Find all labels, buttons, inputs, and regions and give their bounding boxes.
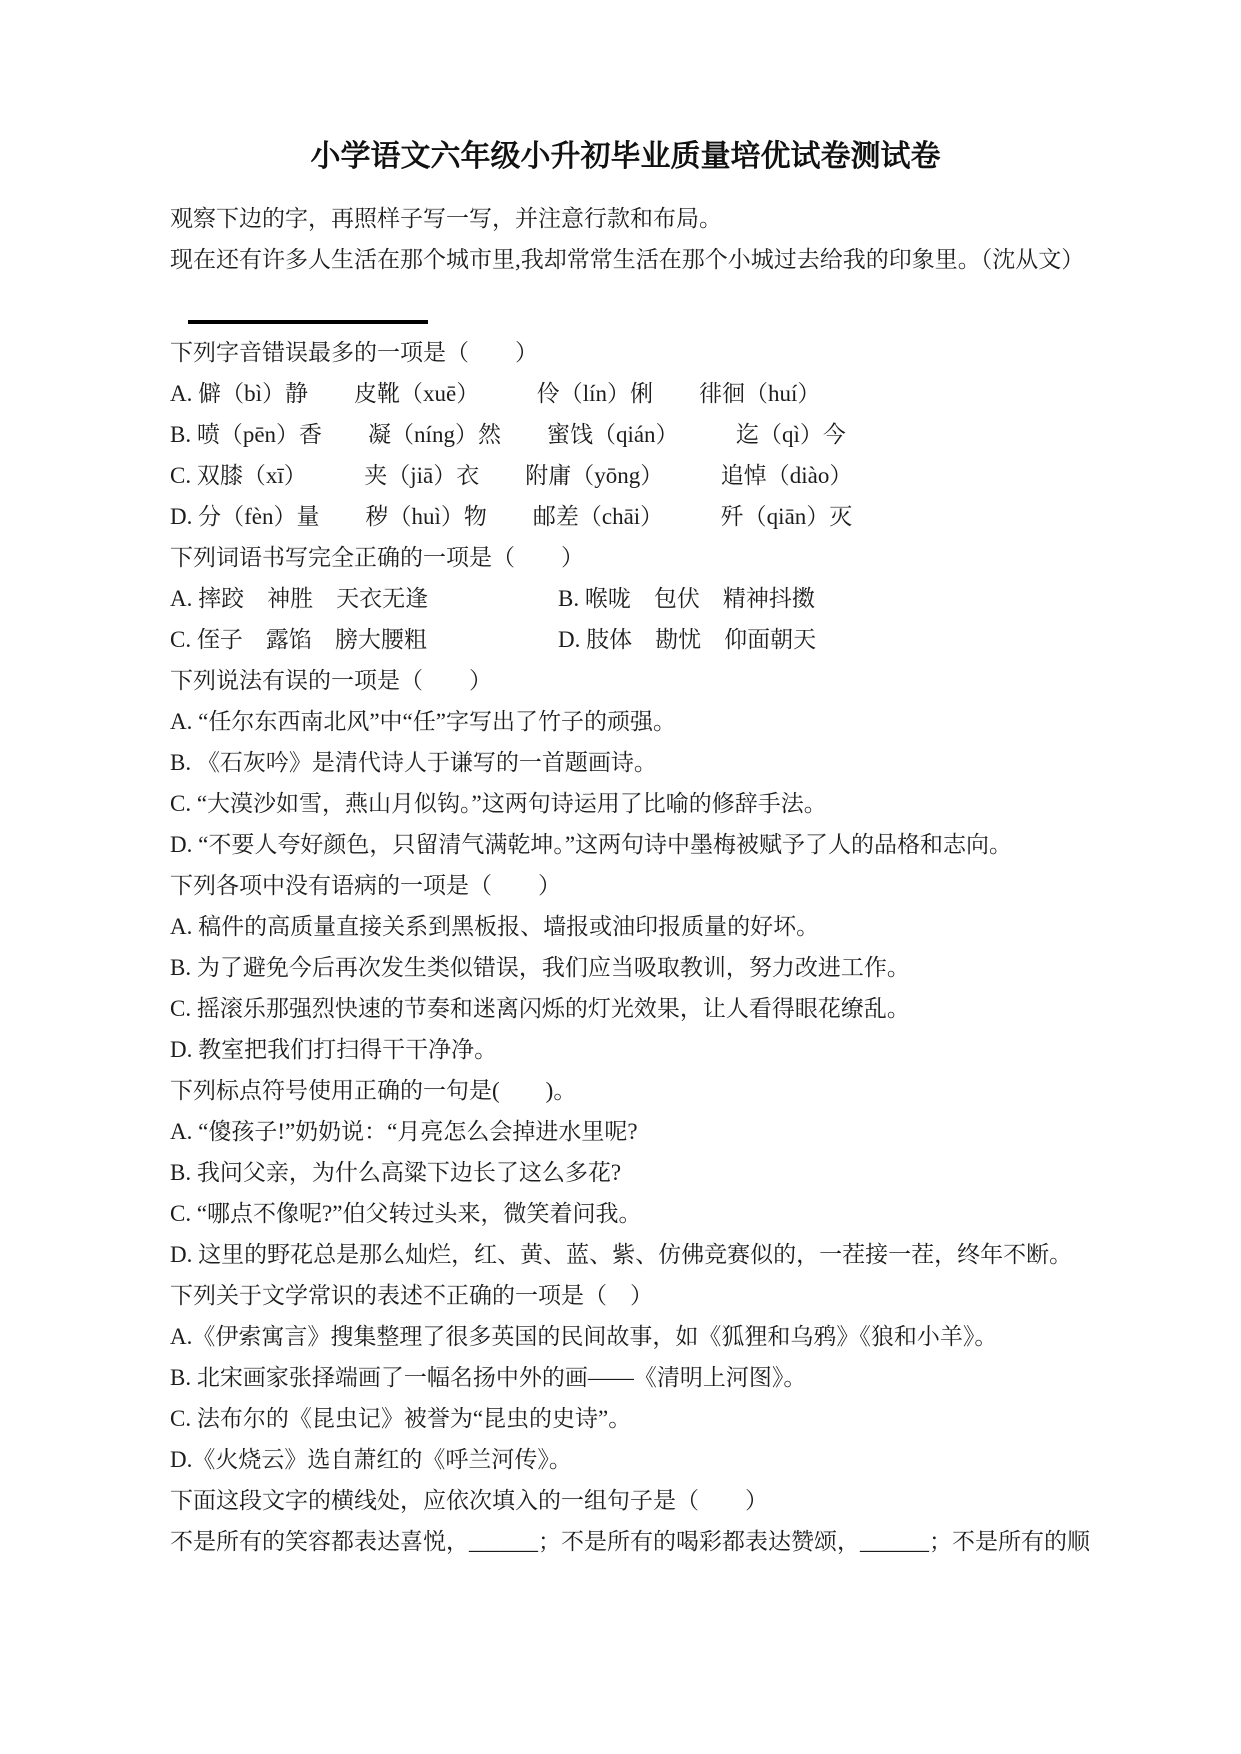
option-item: A. 僻（bì）静 皮靴（xuē） 伶（lín）俐 徘徊（huí） [170, 373, 1081, 414]
option-item: B. 北宋画家张择端画了一幅名扬中外的画——《清明上河图》。 [170, 1357, 1081, 1398]
option-item: D. 肢体 勘忧 仰面朝天 [558, 619, 816, 660]
option-row: A. 摔跤 神胜 天衣无逢 B. 喉咙 包伏 精神抖擞 [170, 578, 1081, 619]
question-block-6: 下列关于文学常识的表述不正确的一项是（ ） A.《伊索寓言》搜集整理了很多英国的… [170, 1275, 1081, 1480]
question-block-1: 下列字音错误最多的一项是（ ） A. 僻（bì）静 皮靴（xuē） 伶（lín）… [170, 332, 1081, 537]
question-block-7: 下面这段文字的横线处，应依次填入的一组句子是（ ） 不是所有的笑容都表达喜悦，_… [170, 1480, 1081, 1562]
option-item: A. 稿件的高质量直接关系到黑板报、墙报或油印报质量的好坏。 [170, 906, 1081, 947]
exam-page: 小学语文六年级小升初毕业质量培优试卷测试卷 观察下边的字，再照样子写一写，并注意… [0, 0, 1241, 1754]
question-stem: 下列关于文学常识的表述不正确的一项是（ ） [170, 1275, 1081, 1316]
option-item: A. 摔跤 神胜 天衣无逢 [170, 578, 558, 619]
question-stem: 下列标点符号使用正确的一句是( )。 [170, 1070, 1081, 1111]
question-block-3: 下列说法有误的一项是（ ） A. “任尔东西南北风”中“任”字写出了竹子的顽强。… [170, 660, 1081, 865]
option-item: B. 《石灰吟》是清代诗人于谦写的一首题画诗。 [170, 742, 1081, 783]
option-item: D.《火烧云》选自萧红的《呼兰河传》。 [170, 1439, 1081, 1480]
option-item: C. 法布尔的《昆虫记》被誉为“昆虫的史诗”。 [170, 1398, 1081, 1439]
option-item: D. 分（fèn）量 秽（huì）物 邮差（chāi） 歼（qiān）灭 [170, 496, 1081, 537]
instruction-line: 观察下边的字，再照样子写一写，并注意行款和布局。 [170, 198, 1081, 239]
page-title: 小学语文六年级小升初毕业质量培优试卷测试卷 [170, 138, 1081, 176]
option-item: A. “任尔东西南北风”中“任”字写出了竹子的顽强。 [170, 701, 1081, 742]
question-stem: 下列字音错误最多的一项是（ ） [170, 332, 1081, 373]
option-item: D. 教室把我们打扫得干干净净。 [170, 1029, 1081, 1070]
option-item: C. 摇滚乐那强烈快速的节奏和迷离闪烁的灯光效果，让人看得眼花缭乱。 [170, 988, 1081, 1029]
option-item: C. 双膝（xī） 夹（jiā）衣 附庸（yōng） 追悼（diào） [170, 455, 1081, 496]
option-row: C. 侄子 露馅 膀大腰粗 D. 肢体 勘忧 仰面朝天 [170, 619, 1081, 660]
option-item: B. 喷（pēn）香 凝（níng）然 蜜饯（qián） 迄（qì）今 [170, 414, 1081, 455]
question-block-5: 下列标点符号使用正确的一句是( )。 A. “傻孩子!”奶奶说：“月亮怎么会掉进… [170, 1070, 1081, 1275]
model-sentence: 现在还有许多人生活在那个城市里,我却常常生活在那个小城过去给我的印象里。（沈从文… [170, 239, 1081, 280]
option-item: B. 为了避免今后再次发生类似错误，我们应当吸取教训，努力改进工作。 [170, 947, 1081, 988]
fill-blank-passage: 不是所有的笑容都表达喜悦，______；不是所有的喝彩都表达赞颂，______；… [170, 1521, 1081, 1562]
option-item: C. “哪点不像呢?”伯父转过头来，微笑着问我。 [170, 1193, 1081, 1234]
question-stem: 下列各项中没有语病的一项是（ ） [170, 865, 1081, 906]
question-block-2: 下列词语书写完全正确的一项是（ ） A. 摔跤 神胜 天衣无逢 B. 喉咙 包伏… [170, 537, 1081, 660]
writing-blank-line [188, 320, 428, 324]
option-item: D. “不要人夸好颜色，只留清气满乾坤。”这两句诗中墨梅被赋予了人的品格和志向。 [170, 824, 1081, 865]
option-item: C. 侄子 露馅 膀大腰粗 [170, 619, 558, 660]
option-item: A.《伊索寓言》搜集整理了很多英国的民间故事，如《狐狸和乌鸦》《狼和小羊》。 [170, 1316, 1081, 1357]
option-item: C. “大漠沙如雪，燕山月似钩。”这两句诗运用了比喻的修辞手法。 [170, 783, 1081, 824]
question-stem: 下列说法有误的一项是（ ） [170, 660, 1081, 701]
option-item: B. 我问父亲，为什么高粱下边长了这么多花? [170, 1152, 1081, 1193]
question-stem: 下列词语书写完全正确的一项是（ ） [170, 537, 1081, 578]
question-block-4: 下列各项中没有语病的一项是（ ） A. 稿件的高质量直接关系到黑板报、墙报或油印… [170, 865, 1081, 1070]
option-item: D. 这里的野花总是那么灿烂，红、黄、蓝、紫、仿佛竞赛似的，一茬接一茬，终年不断… [170, 1234, 1081, 1275]
option-item: A. “傻孩子!”奶奶说：“月亮怎么会掉进水里呢? [170, 1111, 1081, 1152]
option-item: B. 喉咙 包伏 精神抖擞 [558, 578, 815, 619]
question-stem: 下面这段文字的横线处，应依次填入的一组句子是（ ） [170, 1480, 1081, 1521]
